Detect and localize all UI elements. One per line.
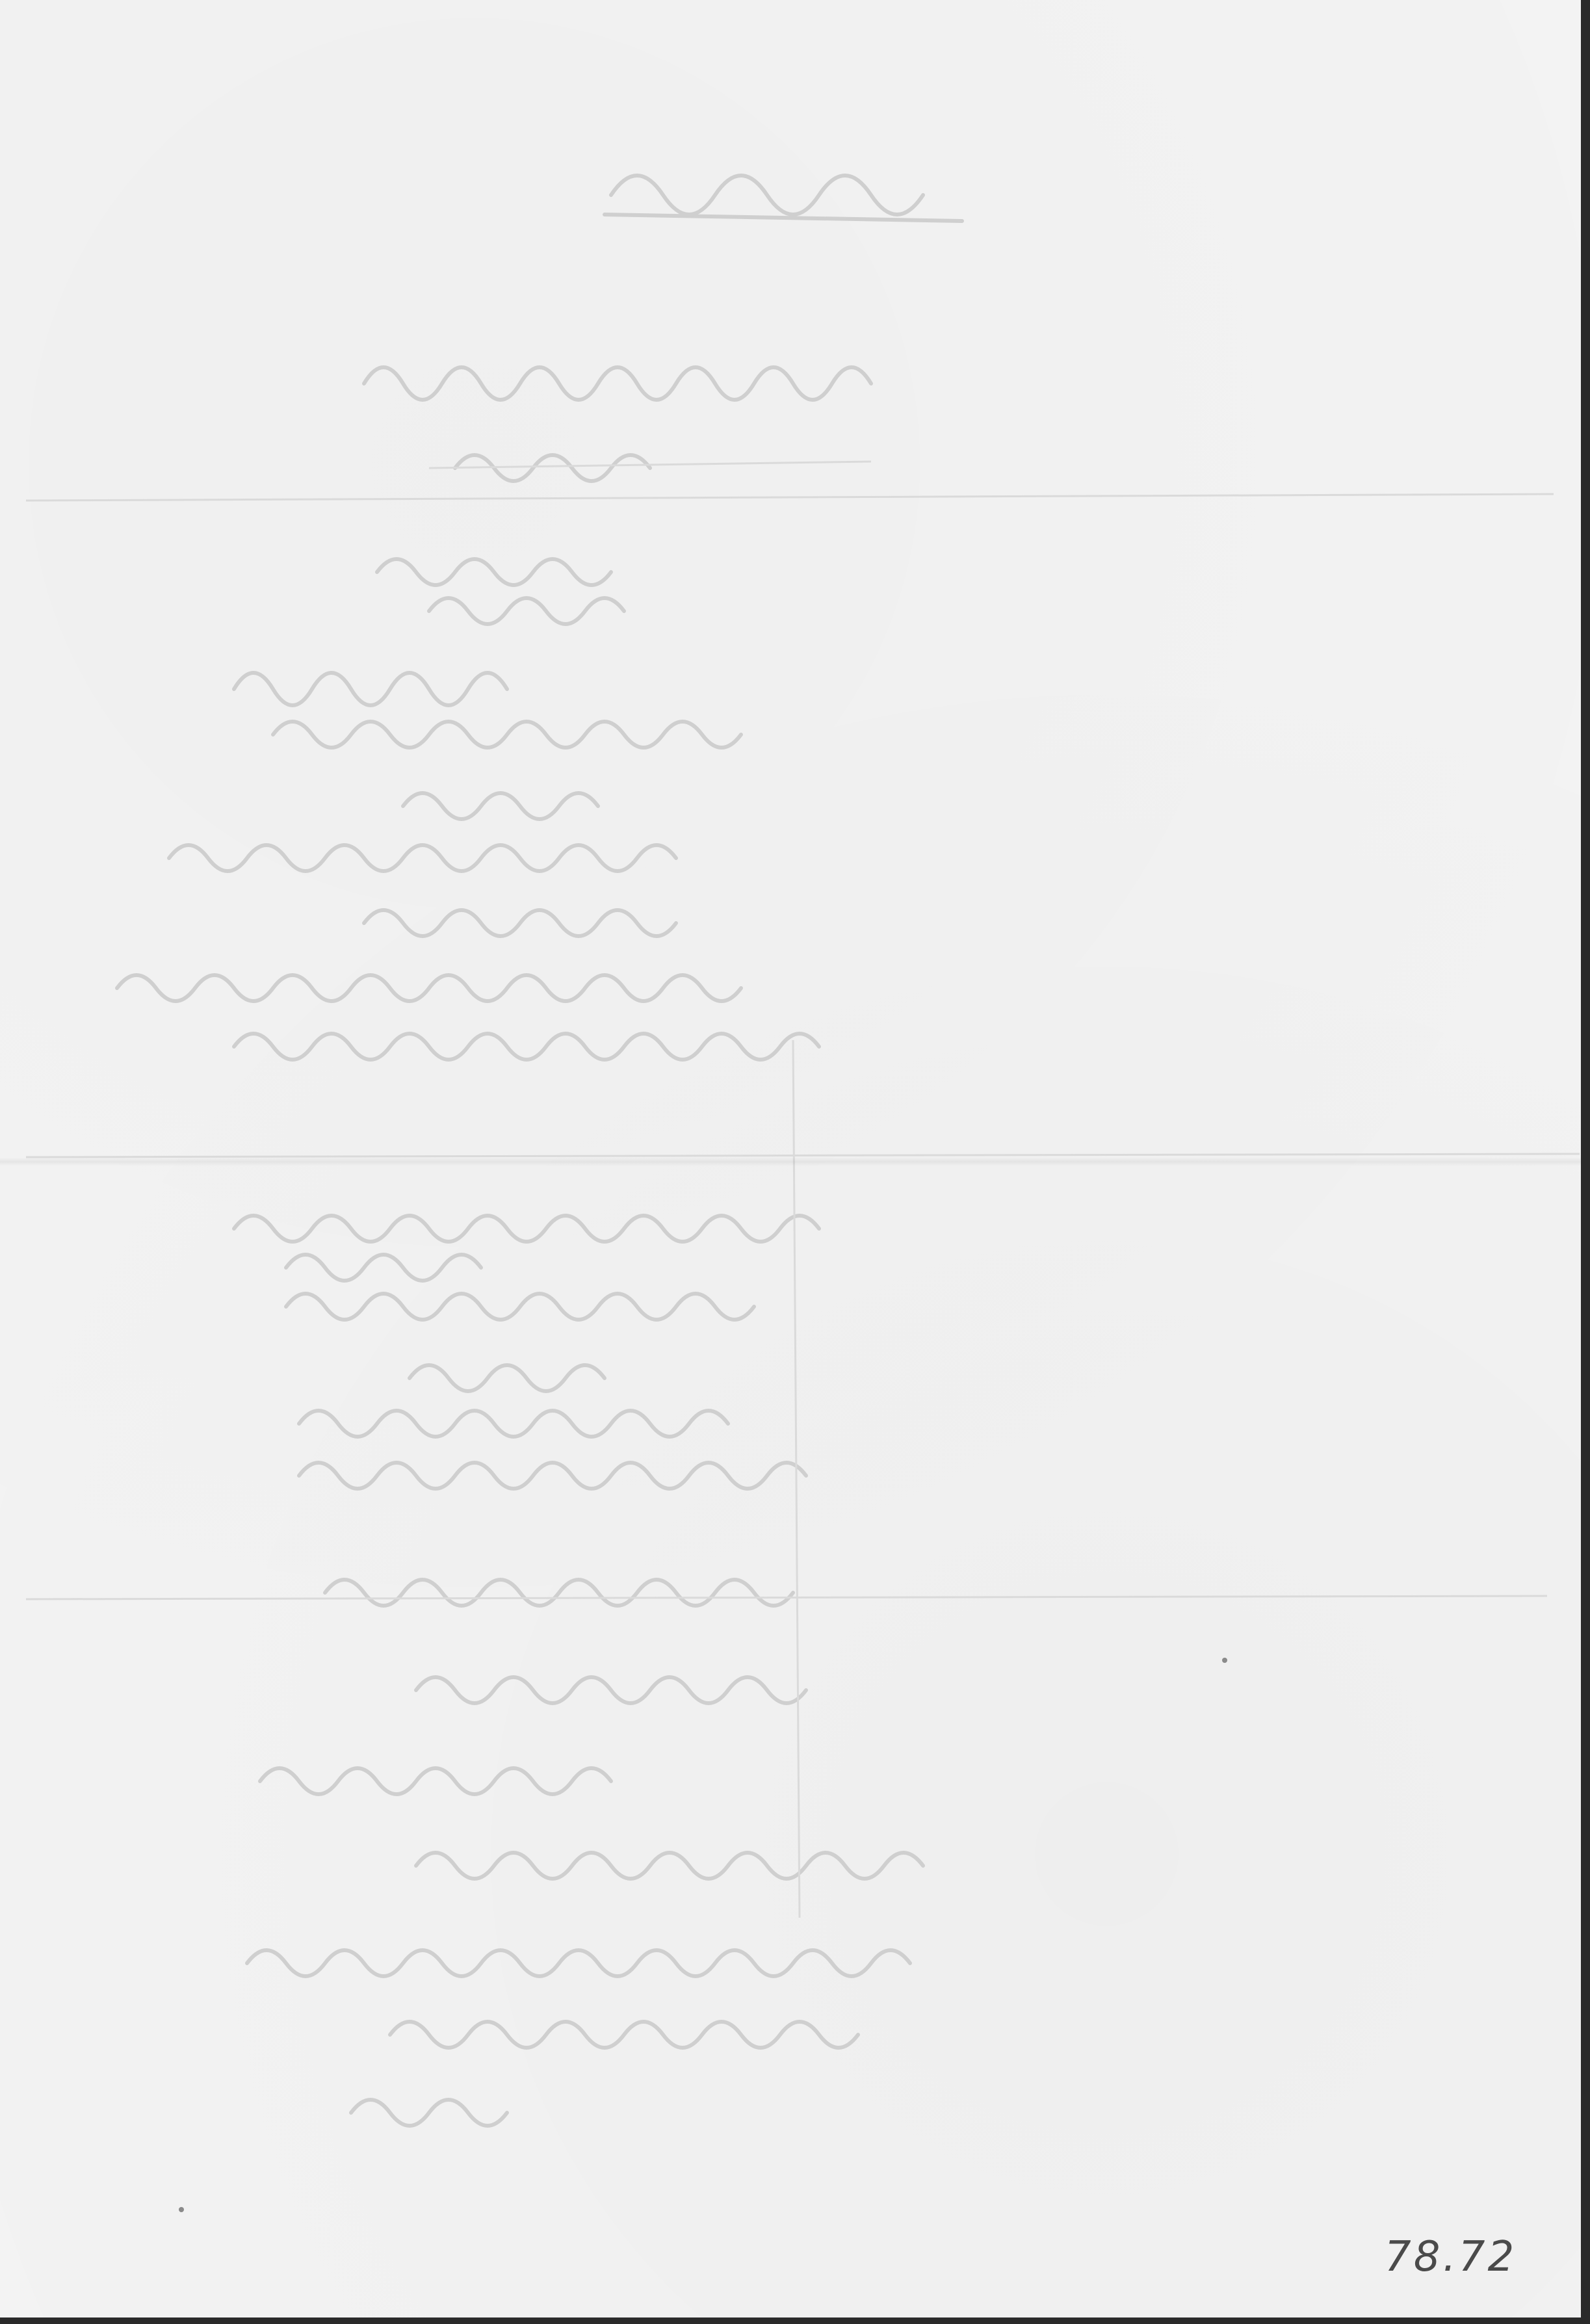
ink-speck <box>179 2207 184 2212</box>
page-fold-crease <box>0 1157 1581 1166</box>
catalog-number: 78.72 <box>1385 2233 1517 2281</box>
scanned-page: 78.72 <box>0 0 1581 2317</box>
ink-speck <box>1222 1658 1227 1663</box>
